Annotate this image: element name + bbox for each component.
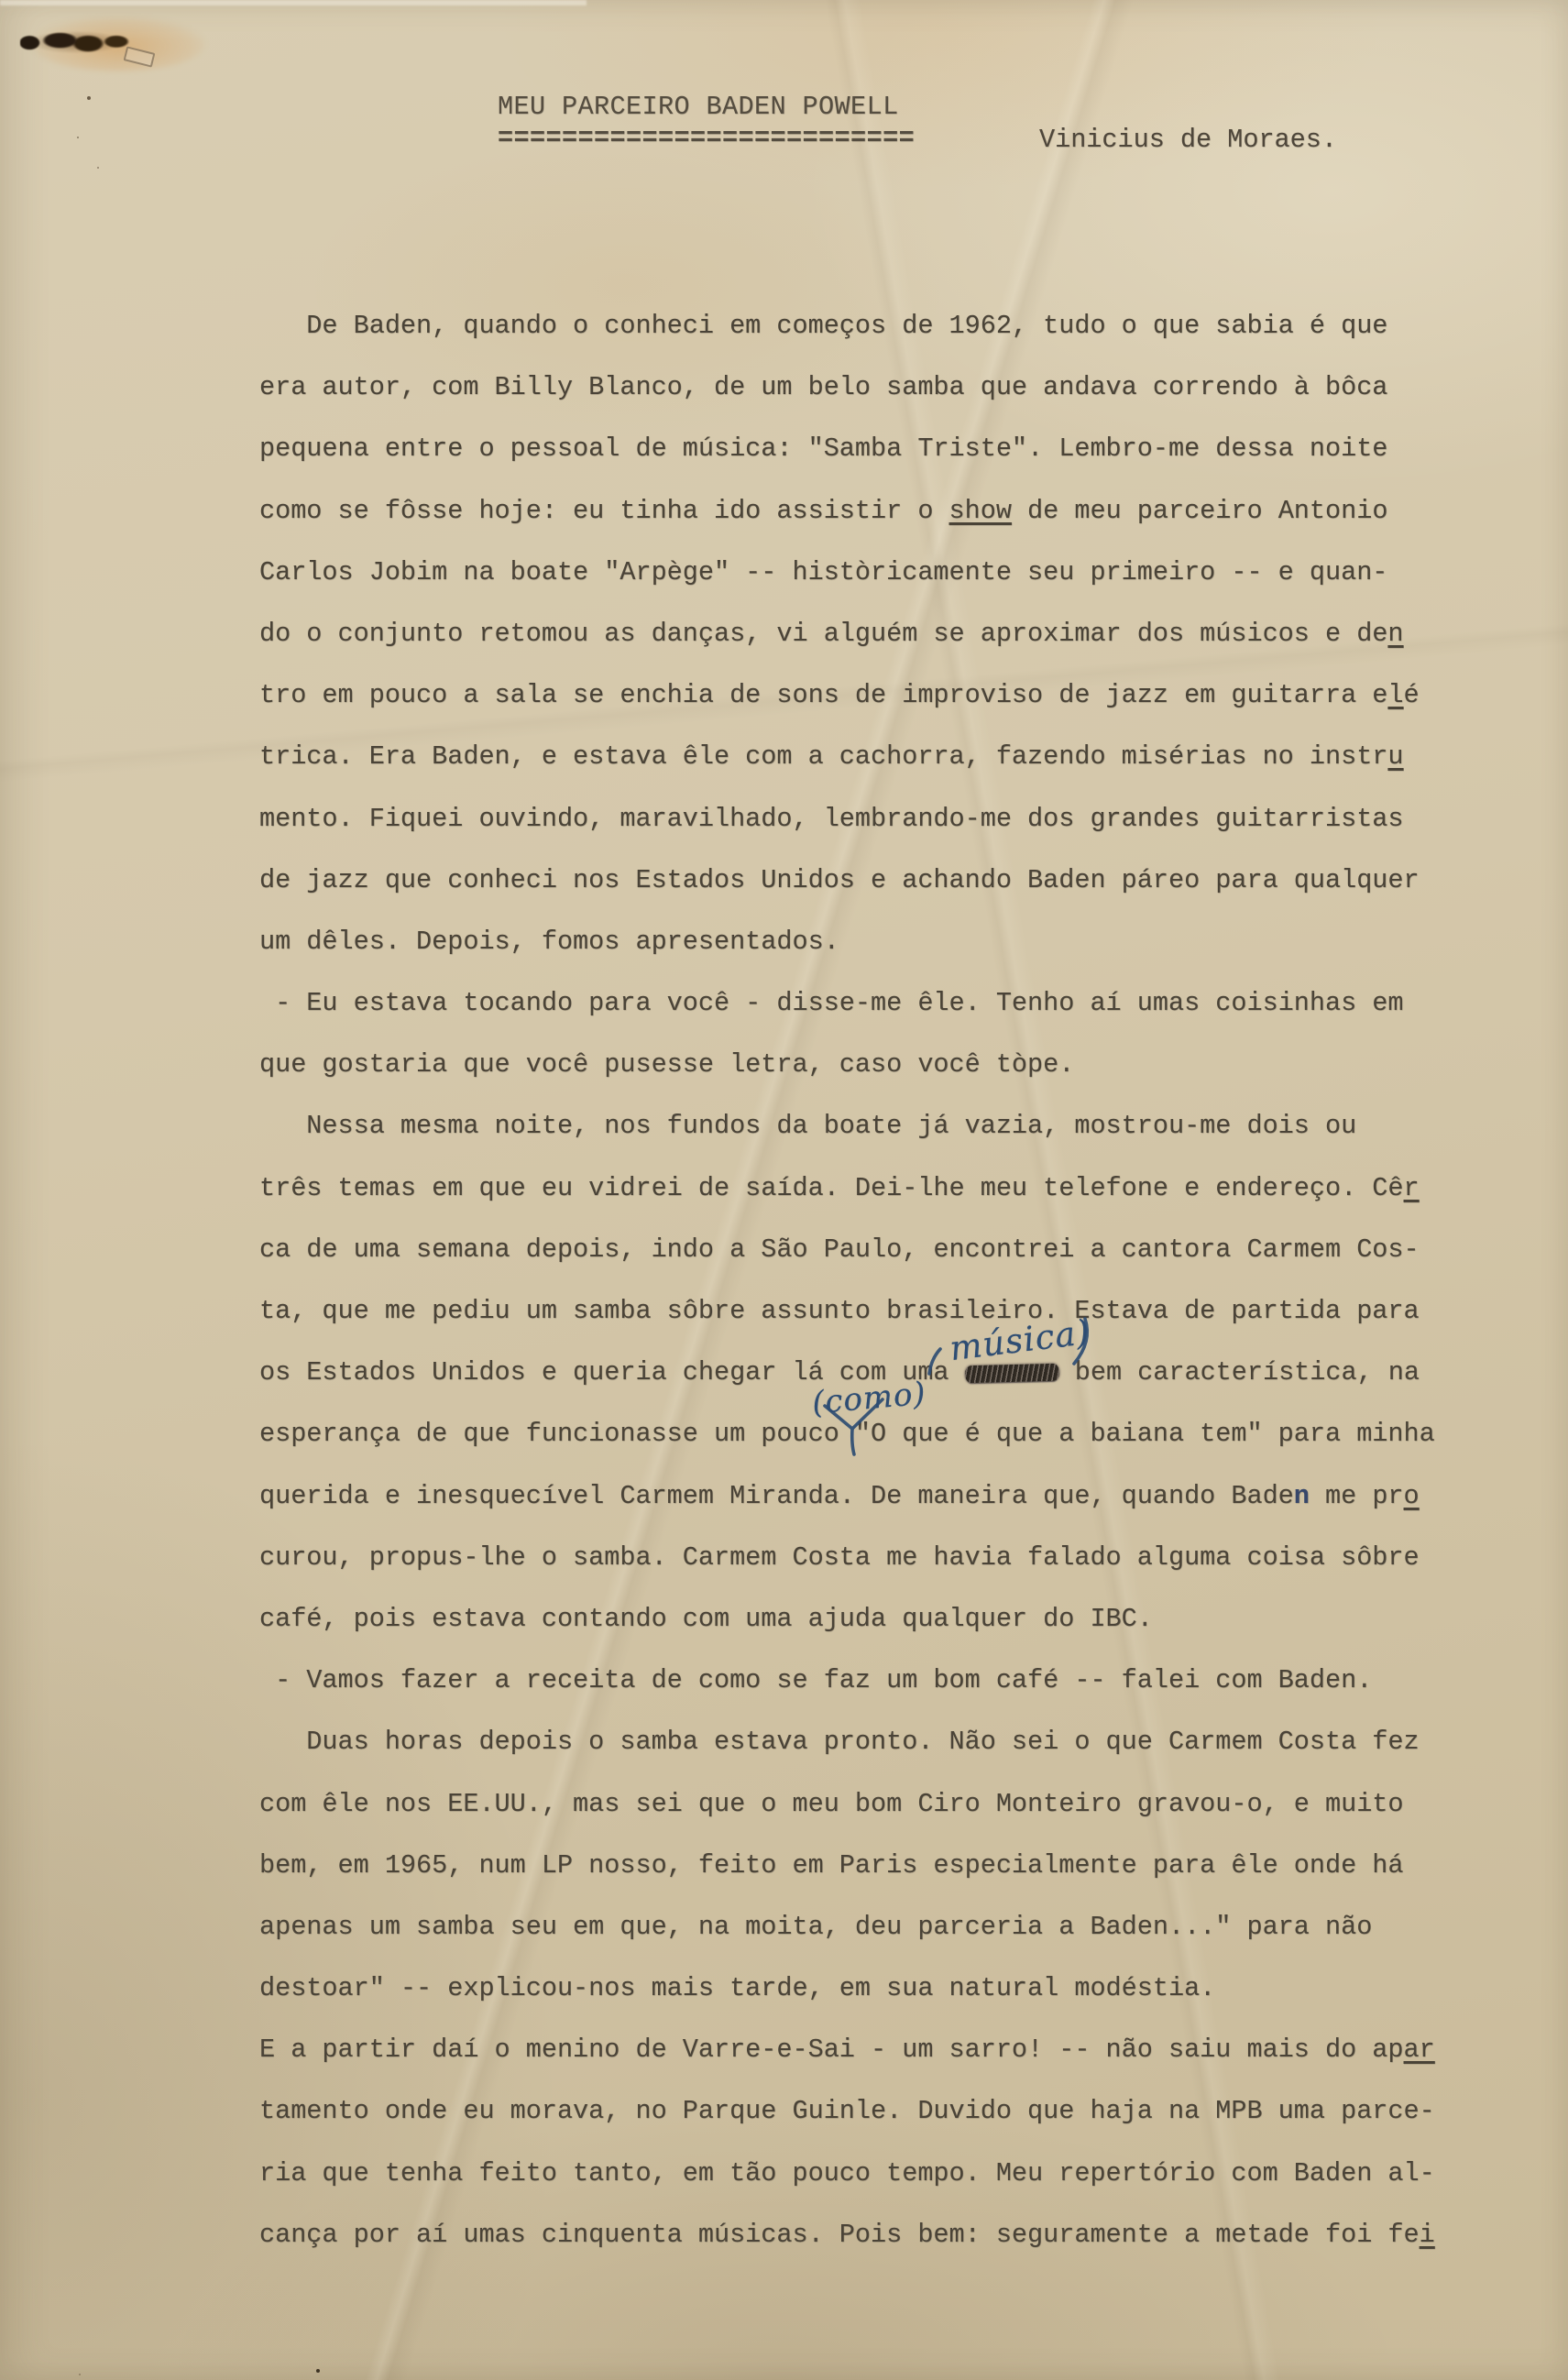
- ink-corrected-letter: n: [1294, 1481, 1310, 1511]
- typed-text: com êle nos EE.UU., mas sei que o meu bo…: [259, 1789, 1404, 1819]
- underlined-text: l: [1387, 680, 1403, 710]
- text-line: três temas em que eu vidrei de saída. De…: [259, 1157, 1435, 1219]
- text-line: pequena entre o pessoal de música: "Samb…: [259, 418, 1435, 479]
- typed-text: do o conjunto retomou as danças, vi algu…: [259, 619, 1387, 649]
- underlined-text: o: [1404, 1481, 1420, 1511]
- text-line: tro em pouco a sala se enchia de sons de…: [259, 664, 1435, 726]
- text-line: ca de uma semana depois, indo a São Paul…: [259, 1219, 1435, 1280]
- underlined-text: n: [1387, 619, 1403, 649]
- text-line: era autor, com Billy Blanco, de um belo …: [259, 356, 1435, 418]
- paper-specks: [87, 96, 91, 100]
- typed-text: - Eu estava tocando para você - disse-me…: [259, 988, 1404, 1018]
- typed-text: é: [1404, 680, 1420, 710]
- typed-lines: De Baden, quando o conheci em começos de…: [259, 295, 1435, 2265]
- typed-text: tamento onde eu morava, no Parque Guinle…: [259, 2096, 1435, 2126]
- typed-text: que gostaria que você pusesse letra, cas…: [259, 1049, 1074, 1080]
- text-line: Duas horas depois o samba estava pronto.…: [259, 1711, 1435, 1772]
- text-line: cança por aí umas cinquenta músicas. Poi…: [259, 2204, 1435, 2265]
- typed-text: era autor, com Billy Blanco, de um belo …: [259, 372, 1387, 402]
- text-line: - Vamos fazer a receita de como se faz u…: [259, 1650, 1435, 1711]
- underlined-text: show: [949, 496, 1012, 526]
- text-line: Nessa mesma noite, nos fundos da boate j…: [259, 1095, 1435, 1157]
- page-title: MEU PARCEIRO BADEN POWELL: [498, 92, 899, 122]
- text-line: como se fôsse hoje: eu tinha ido assisti…: [259, 480, 1435, 542]
- text-line: ria que tenha feito tanto, em tão pouco …: [259, 2143, 1435, 2204]
- text-line: que gostaria que você pusesse letra, cas…: [259, 1034, 1435, 1095]
- text-line: trica. Era Baden, e estava êle com a cac…: [259, 726, 1435, 787]
- typed-text: Duas horas depois o samba estava pronto.…: [259, 1727, 1420, 1757]
- ink-stain: [20, 27, 137, 57]
- text-line: café, pois estava contando com uma ajuda…: [259, 1588, 1435, 1650]
- typed-text: bem, em 1965, num LP nosso, feito em Par…: [259, 1850, 1404, 1881]
- typed-text: De Baden, quando o conheci em começos de…: [259, 311, 1387, 341]
- text-line: ta, que me pediu um samba sôbre assunto …: [259, 1280, 1435, 1342]
- typed-text: três temas em que eu vidrei de saída. De…: [259, 1173, 1404, 1203]
- title-underline: ==========================: [498, 123, 915, 153]
- typed-text: pequena entre o pessoal de música: "Samb…: [259, 433, 1387, 464]
- text-line: Carlos Jobim na boate "Arpège" -- històr…: [259, 542, 1435, 603]
- text-line: tamento onde eu morava, no Parque Guinle…: [259, 2080, 1435, 2142]
- typed-text: como se fôsse hoje: eu tinha ido assisti…: [259, 496, 949, 526]
- typed-text: E a partir daí o menino de Varre-e-Sai -…: [259, 2035, 1404, 2065]
- text-line: - Eu estava tocando para você - disse-me…: [259, 972, 1435, 1034]
- text-line: um dêles. Depois, fomos apresentados.: [259, 911, 1435, 972]
- typed-text: - Vamos fazer a receita de como se faz u…: [259, 1665, 1372, 1695]
- text-line: destoar" -- explicou-nos mais tarde, em …: [259, 1958, 1435, 2019]
- underlined-text: u: [1387, 741, 1403, 772]
- typed-text: bem característica, na: [1059, 1357, 1420, 1387]
- scanned-manuscript-page: MEU PARCEIRO BADEN POWELL ==============…: [0, 0, 1568, 2380]
- text-line: apenas um samba seu em que, na moita, de…: [259, 1896, 1435, 1958]
- text-line: mento. Fiquei ouvindo, maravilhado, lemb…: [259, 788, 1435, 850]
- author-name: Vinicius de Moraes.: [1039, 125, 1337, 155]
- typed-text: ta, que me pediu um samba sôbre assunto …: [259, 1296, 1420, 1326]
- typed-text: de meu parceiro Antonio: [1012, 496, 1387, 526]
- text-line: De Baden, quando o conheci em começos de…: [259, 295, 1435, 356]
- underlined-text: r: [1404, 1173, 1420, 1203]
- typed-text: destoar" -- explicou-nos mais tarde, em …: [259, 1973, 1215, 2003]
- typed-text: cança por aí umas cinquenta músicas. Poi…: [259, 2220, 1420, 2250]
- typed-text: Carlos Jobim na boate "Arpège" -- històr…: [259, 557, 1387, 587]
- text-line: E a partir daí o menino de Varre-e-Sai -…: [259, 2019, 1435, 2080]
- text-line: bem, em 1965, num LP nosso, feito em Par…: [259, 1835, 1435, 1896]
- scan-edge-highlight: [0, 0, 587, 5]
- typed-text: café, pois estava contando com uma ajuda…: [259, 1604, 1153, 1634]
- underlined-text: i: [1420, 2220, 1435, 2250]
- typed-text: um dêles. Depois, fomos apresentados.: [259, 927, 839, 957]
- typed-text: apenas um samba seu em que, na moita, de…: [259, 1912, 1372, 1942]
- typed-text: esperança de que funcionasse um pouco "O…: [259, 1419, 1435, 1449]
- typed-text: me pr: [1310, 1481, 1404, 1511]
- typed-text: curou, propus-lhe o samba. Carmem Costa …: [259, 1542, 1420, 1573]
- typed-text: Nessa mesma noite, nos fundos da boate j…: [259, 1111, 1356, 1141]
- typed-text: querida e inesquecível Carmem Miranda. D…: [259, 1481, 1294, 1511]
- text-line: querida e inesquecível Carmem Miranda. D…: [259, 1465, 1435, 1527]
- typed-text: ria que tenha feito tanto, em tão pouco …: [259, 2158, 1435, 2188]
- text-line: de jazz que conheci nos Estados Unidos e…: [259, 850, 1435, 911]
- typed-text: de jazz que conheci nos Estados Unidos e…: [259, 865, 1420, 895]
- typed-text: mento. Fiquei ouvindo, maravilhado, lemb…: [259, 804, 1404, 834]
- ink-scribble-strikeout: [964, 1364, 1058, 1384]
- typed-text: trica. Era Baden, e estava êle com a cac…: [259, 741, 1387, 772]
- text-line: com êle nos EE.UU., mas sei que o meu bo…: [259, 1773, 1435, 1835]
- typed-text: tro em pouco a sala se enchia de sons de…: [259, 680, 1387, 710]
- text-line: do o conjunto retomou as danças, vi algu…: [259, 603, 1435, 664]
- text-line: curou, propus-lhe o samba. Carmem Costa …: [259, 1527, 1435, 1588]
- typed-text: ca de uma semana depois, indo a São Paul…: [259, 1234, 1420, 1265]
- underlined-text: ar: [1404, 2035, 1435, 2065]
